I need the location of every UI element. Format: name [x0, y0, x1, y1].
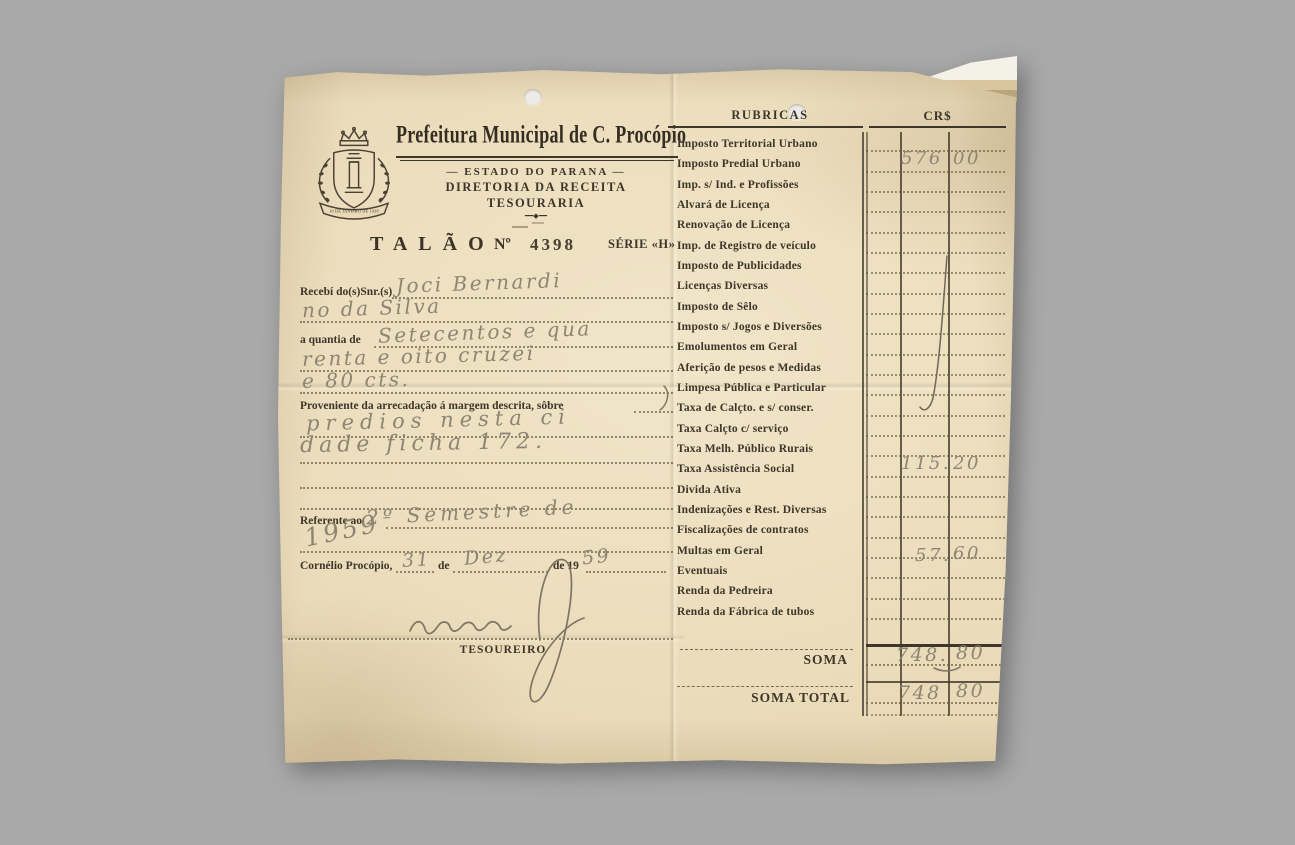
handwritten-cents: 60	[953, 543, 981, 564]
table-row: Aferição de pesos e Medidas	[677, 360, 1010, 380]
handwriting-payer-line2: no da Silva	[302, 294, 442, 323]
receipt-document: 10 DE JANEIRO DE 1938 Prefeitura Municip…	[278, 68, 1016, 765]
table-row: Multas em Geral57.60	[677, 543, 1010, 563]
amount-cell-line	[866, 293, 1005, 295]
amount-cell-line	[866, 577, 1005, 579]
handwriting-day: 31	[401, 548, 432, 572]
talao-label: TALÃO	[370, 233, 495, 256]
handwritten-cents: 20	[953, 453, 981, 474]
amount-cell-line	[866, 374, 1005, 376]
amount-cell-line	[866, 171, 1005, 173]
rubrica-label: Multas em Geral	[677, 545, 763, 557]
table-row: Taxa Calçto c/ serviço	[677, 421, 1010, 441]
paper-wrapper: 10 DE JANEIRO DE 1938 Prefeitura Municip…	[0, 0, 1295, 845]
table-row: Imposto Predial Urbano57600	[677, 156, 1010, 176]
rubrica-label: Renda da Fábrica de tubos	[677, 606, 814, 618]
table-row: Imp. s/ Ind. e Profissões	[677, 177, 1010, 197]
rubrica-label: Imposto de Sêlo	[677, 301, 758, 313]
form-line	[300, 462, 673, 464]
quantia-label: a quantia de	[300, 334, 361, 346]
rubricas-header: RUBRICAS	[677, 108, 863, 123]
talao-serie: SÉRIE «H»	[608, 237, 675, 252]
form-line	[634, 411, 673, 413]
pen-underline	[934, 667, 960, 671]
amount-cell-line	[866, 252, 1005, 254]
currency-header: CR$	[870, 108, 1005, 124]
table-row: Renda da Pedreira	[677, 583, 1010, 603]
table-row: Imposto s/ Jogos e Diversões	[677, 319, 1010, 339]
stamp-mark	[512, 226, 528, 228]
amount-cell-line	[866, 476, 1005, 478]
handwriting-soma-total-cents: 80	[956, 680, 985, 702]
amount-cell-line	[866, 272, 1005, 274]
rubrica-label: Imp. de Registro de veículo	[677, 240, 816, 252]
handwriting-year-short: 59	[581, 545, 612, 570]
rubrica-label: Fiscalizações de contratos	[677, 524, 809, 536]
stamp-mark	[532, 222, 544, 224]
rubrica-label: Alvará de Licença	[677, 199, 770, 211]
rubrica-label: Emolumentos em Geral	[677, 341, 797, 353]
header-rule	[869, 126, 1006, 128]
title-underline	[396, 156, 678, 158]
emblem-banner-text: 10 DE JANEIRO DE 1938	[329, 209, 378, 214]
header-rule	[668, 126, 863, 128]
table-row: Taxa de Calçto. e s/ conser.	[677, 400, 1010, 420]
talao-numero-label: Nº	[494, 236, 511, 254]
table-row: Taxa Assistência Social115.20	[677, 461, 1010, 481]
header-dept-line: DIRETORIA DA RECEITA	[396, 180, 676, 195]
form-line	[386, 527, 673, 529]
rubrica-label: Taxa Calçto c/ serviço	[677, 423, 789, 435]
municipal-coat-of-arms: 10 DE JANEIRO DE 1938	[308, 123, 400, 223]
rubrica-label: Imposto s/ Jogos e Diversões	[677, 321, 822, 333]
amount-cell-line	[866, 394, 1005, 396]
amount-cell-line	[866, 537, 1005, 539]
rubrica-label: Divida Ativa	[677, 484, 741, 496]
form-line	[396, 571, 434, 573]
rubrica-label: Taxa Melh. Público Rurais	[677, 443, 813, 455]
amount-cell-line	[866, 211, 1005, 213]
handwriting-soma-amount: 748.	[896, 644, 948, 666]
amount-cell-line	[866, 598, 1005, 600]
amount-cell-line	[866, 435, 1005, 437]
table-row: Renda da Fábrica de tubos	[677, 604, 1010, 624]
rubrica-label: Indenizações e Rest. Diversas	[677, 504, 827, 516]
document-title: Prefeitura Municipal de C. Procópio	[396, 120, 676, 150]
table-row: Indenizações e Rest. Diversas	[677, 502, 1010, 522]
punch-hole-icon	[524, 89, 542, 105]
form-line	[300, 392, 673, 394]
handwritten-amount: 115.	[901, 453, 951, 474]
table-row: Licenças Diversas	[677, 278, 1010, 298]
de19-label: de 19	[553, 560, 579, 572]
soma-separator	[680, 649, 853, 650]
handwriting-month: Dez	[463, 544, 509, 570]
divider-ornament-icon: ━━◆━━	[396, 212, 676, 220]
table-bottom-line	[866, 714, 1005, 716]
handwritten-cents: 00	[953, 148, 981, 169]
amount-cell-line	[866, 191, 1005, 193]
signature	[530, 559, 584, 701]
amount-cell-line	[866, 313, 1005, 315]
table-row: Emolumentos em Geral	[677, 339, 1010, 359]
header-treasury-line: TESOURARIA	[396, 196, 676, 211]
cargo-label: TESOUREIRO	[428, 644, 578, 656]
table-row: Fiscalizações de contratos	[677, 522, 1010, 542]
form-line	[453, 571, 548, 573]
talao-numero: 4398	[530, 235, 576, 255]
table-row: Alvará de Licença	[677, 197, 1010, 217]
table-row: Imp. de Registro de veículo	[677, 238, 1010, 258]
amount-cell-line	[866, 232, 1005, 234]
rubrica-label: Renda da Pedreira	[677, 585, 773, 597]
soma-total-separator	[677, 686, 853, 687]
rubrica-label: Imposto de Publicidades	[677, 260, 802, 272]
rubrica-label: Licenças Diversas	[677, 280, 768, 292]
table-row: Divida Ativa	[677, 482, 1010, 502]
header-state-line: — ESTADO DO PARANA —	[396, 166, 676, 178]
signature	[410, 622, 511, 634]
scanned-receipt-screenshot: 10 DE JANEIRO DE 1938 Prefeitura Municip…	[0, 0, 1295, 845]
amount-cell-line	[866, 496, 1005, 498]
rubrica-label: Taxa de Calçto. e s/ conser.	[677, 402, 814, 414]
handwriting-amount-line2: renta e oito cruzei	[302, 341, 536, 371]
table-row: Renovação de Licença	[677, 217, 1010, 237]
rubrica-label: Imposto Predial Urbano	[677, 158, 801, 170]
de-label: de	[438, 560, 450, 572]
signature-line	[288, 638, 673, 640]
table-row: Imposto de Sêlo	[677, 299, 1010, 319]
rubrica-label: Imp. s/ Ind. e Profissões	[677, 179, 799, 191]
amount-cell-line	[866, 333, 1005, 335]
rubrica-label: Imposto Territorial Urbano	[677, 138, 818, 150]
city-label: Cornélio Procópio,	[300, 560, 392, 572]
rubricas-rows: Imposto Territorial UrbanoImposto Predia…	[677, 136, 1010, 624]
rubrica-label: Limpesa Pública e Particular	[677, 382, 826, 394]
title-underline-2	[400, 160, 674, 161]
handwriting-amount-line3: e 80 cts.	[302, 367, 411, 393]
handwriting-origin-line2: dade ficha 172.	[300, 429, 547, 458]
handwriting-referente: 2º Semestre de	[366, 494, 578, 529]
rubrica-label: Renovação de Licença	[677, 219, 790, 231]
amount-cell-line	[866, 516, 1005, 518]
handwriting-soma-total-amount: 748	[898, 682, 942, 704]
rubrica-label: Taxa Assistência Social	[677, 463, 794, 475]
amount-cell-line	[866, 415, 1005, 417]
handwritten-amount: 576	[901, 148, 943, 169]
rubrica-label: Eventuais	[677, 565, 727, 577]
table-row: Eventuais	[677, 563, 1010, 583]
rubrica-label: Aferição de pesos e Medidas	[677, 362, 821, 374]
amount-cell-line	[866, 618, 1005, 620]
form-line	[586, 571, 666, 573]
soma-total-label: SOMA TOTAL	[718, 690, 850, 706]
table-row: Limpesa Pública e Particular	[677, 380, 1010, 400]
handwriting-soma-cents: 80	[956, 642, 985, 664]
soma-label: SOMA	[778, 652, 848, 668]
form-line	[300, 487, 673, 489]
table-row: Imposto de Publicidades	[677, 258, 1010, 278]
amount-cell-line	[866, 354, 1005, 356]
